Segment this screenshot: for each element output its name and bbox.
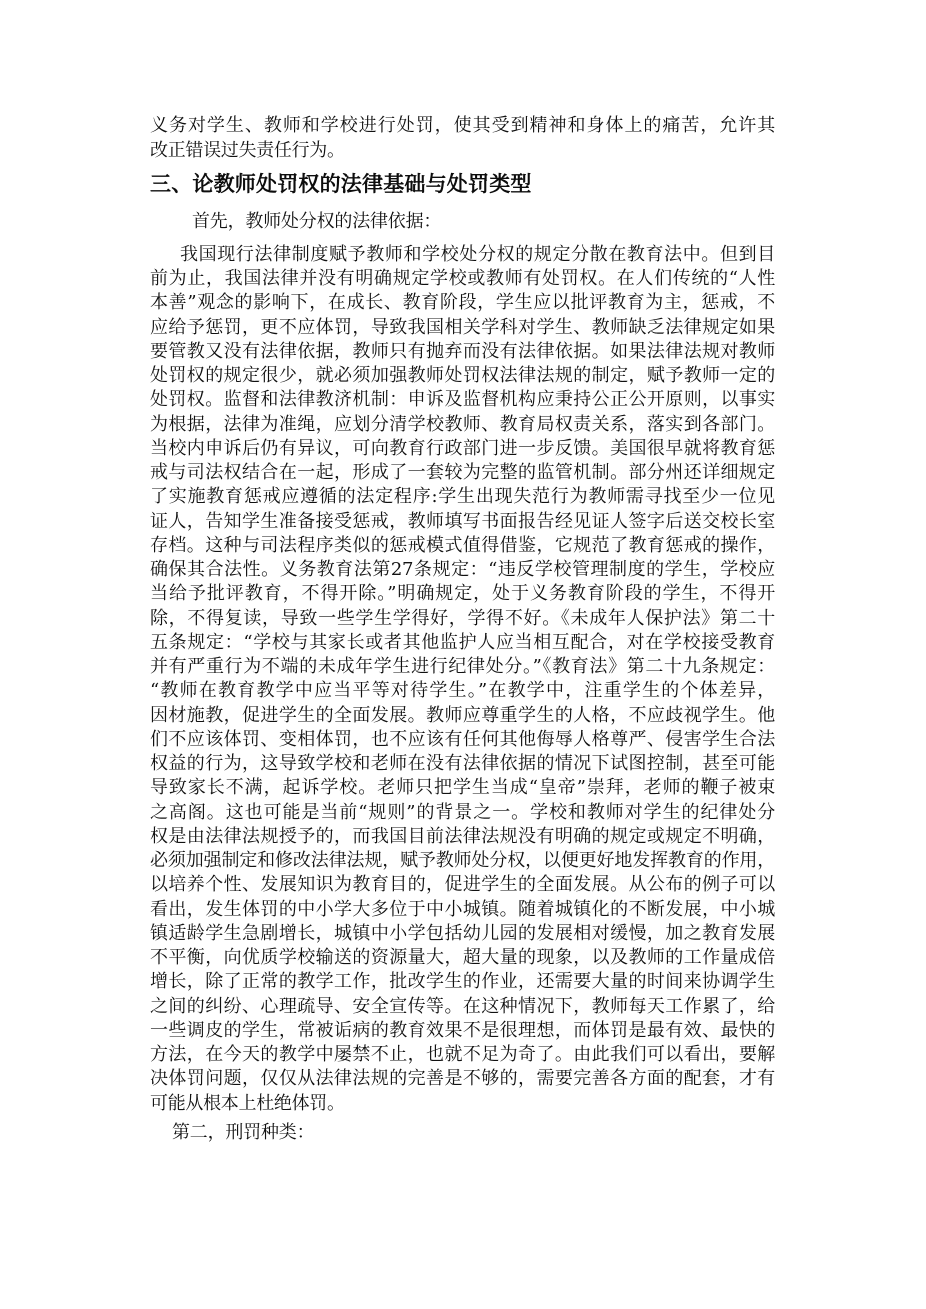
paragraph-line: 们不应该体罚、变相体罚，也不应该有任何其他侮辱人格尊严、侵害学生合法 (150, 728, 775, 752)
paragraph-line: 增长，除了正常的教学工作，批改学生的作业，还需要大量的时间来协调学生 (150, 970, 775, 994)
paragraph-line: 当给予批评教育，不得开除。”明确规定，处于义务教育阶段的学生，不得开 (150, 582, 775, 606)
paragraph-line: 以培养个性、发展知识为教育目的，促进学生的全面发展。从公布的例子可以 (150, 873, 775, 897)
paragraph-line: 证人，告知学生准备接受惩戒，教师填写书面报告经见证人签字后送交校长室 (150, 510, 775, 534)
paragraph-line: 不平衡，向优质学校输送的资源量大，超大量的现象，以及教师的工作量成倍 (150, 946, 775, 970)
continued-paragraph: 义务对学生、教师和学校进行处罚，使其受到精神和身体上的痛苦，允许其 改正错误过失… (150, 113, 775, 163)
paragraph-line: 了实施教育惩戒应遵循的法定程序:学生出现失范行为教师需寻找至少一位见 (150, 485, 775, 509)
paragraph-line: 确保其合法性。义务教育法第27条规定：“违反学校管理制度的学生，学校应 (150, 558, 775, 582)
document-page: 义务对学生、教师和学校进行处罚，使其受到精神和身体上的痛苦，允许其 改正错误过失… (0, 0, 926, 1309)
paragraph-line: 应给予惩罚，更不应体罚，导致我国相关学科对学生、教师缺乏法律规定如果 (150, 316, 775, 340)
main-paragraph: 我国现行法律制度赋予教师和学校处分权的规定分散在教育法中。但到目 前为止，我国法… (150, 243, 775, 1116)
paragraph-line: 处罚权的规定很少，就必须加强教师处罚权法律法规的制定，赋予教师一定的 (150, 364, 775, 388)
paragraph-line: 之间的纠纷、心理疏导、安全宣传等。在这种情况下，教师每天工作累了，给 (150, 995, 775, 1019)
paragraph-line: 之高阁。这也可能是当前“规则”的背景之一。学校和教师对学生的纪律处分 (150, 801, 775, 825)
paragraph-line: 权益的行为，这导致学校和老师在没有法律依据的情况下试图控制，甚至可能 (150, 752, 775, 776)
paragraph-line: 我国现行法律制度赋予教师和学校处分权的规定分散在教育法中。但到目 (150, 243, 775, 267)
paragraph-line: 镇适龄学生急剧增长，城镇中小学包括幼儿园的发展相对缓慢，加之教育发展 (150, 922, 775, 946)
paragraph-line: 权是由法律法规授予的，而我国目前法律法规没有明确的规定或规定不明确， (150, 825, 775, 849)
paragraph-line: 除，不得复读，导致一些学生学得好，学得不好。《未成年人保护法》第二十 (150, 607, 775, 631)
paragraph-line: 本善”观念的影响下，在成长、教育阶段，学生应以批评教育为主，惩戒，不 (150, 291, 775, 315)
paragraph-line: 五条规定：“学校与其家长或者其他监护人应当相互配合，对在学校接受教育 (150, 631, 775, 655)
paragraph-line: 并有严重行为不端的未成年学生进行纪律处分。”《教育法》第二十九条规定： (150, 655, 775, 679)
paragraph-line: 义务对学生、教师和学校进行处罚，使其受到精神和身体上的痛苦，允许其 (150, 113, 775, 138)
paragraph-line: 方法，在今天的教学中屡禁不止，也就不足为奇了。由此我们可以看出，要解 (150, 1043, 775, 1067)
paragraph-line: 决体罚问题，仅仅从法律法规的完善是不够的，需要完善各方面的配套，才有 (150, 1067, 775, 1091)
paragraph-line: 必须加强制定和修改法律法规，赋予教师处分权，以便更好地发挥教育的作用， (150, 849, 775, 873)
paragraph-line: 戒与司法权结合在一起，形成了一套较为完整的监管机制。部分州还详细规定 (150, 461, 775, 485)
section-heading: 三、论教师处罚权的法律基础与处罚类型 (150, 169, 775, 199)
paragraph-line: 前为止，我国法律并没有明确规定学校或教师有处罚权。在人们传统的“人性 (150, 267, 775, 291)
paragraph-line: 为根据，法律为准绳，应划分清学校教师、教育局权责关系，落实到各部门。 (150, 413, 775, 437)
subheading-legal-basis: 首先，教师处分权的法律依据： (150, 210, 817, 234)
paragraph-line: 存档。这种与司法程序类似的惩戒模式值得借鉴，它规范了教育惩戒的操作， (150, 534, 775, 558)
paragraph-line: 一些调皮的学生，常被诟病的教育效果不是很理想，而体罚是最有效、最快的 (150, 1019, 775, 1043)
paragraph-line: 可能从根本上杜绝体罚。 (150, 1092, 775, 1116)
paragraph-line: 要管教又没有法律依据，教师只有抛弃而没有法律依据。如果法律法规对教师 (150, 340, 775, 364)
paragraph-line: 看出，发生体罚的中小学大多位于中小城镇。随着城镇化的不断发展，中小城 (150, 898, 775, 922)
paragraph-line: “教师在教育教学中应当平等对待学生。”在教学中，注重学生的个体差异， (150, 679, 775, 703)
paragraph-line: 当校内申诉后仍有异议，可向教育行政部门进一步反馈。美国很早就将教育惩 (150, 437, 775, 461)
paragraph-line: 改正错误过失责任行为。 (150, 138, 775, 163)
subheading-penalty-types: 第二，刑罚种类： (150, 1121, 797, 1145)
paragraph-line: 因材施教，促进学生的全面发展。教师应尊重学生的人格，不应歧视学生。他 (150, 704, 775, 728)
paragraph-line: 处罚权。监督和法律教济机制：申诉及监督机构应秉持公正公开原则，以事实 (150, 388, 775, 412)
paragraph-line: 导致家长不满，起诉学校。老师只把学生当成“皇帝”崇拜，老师的鞭子被束 (150, 776, 775, 800)
